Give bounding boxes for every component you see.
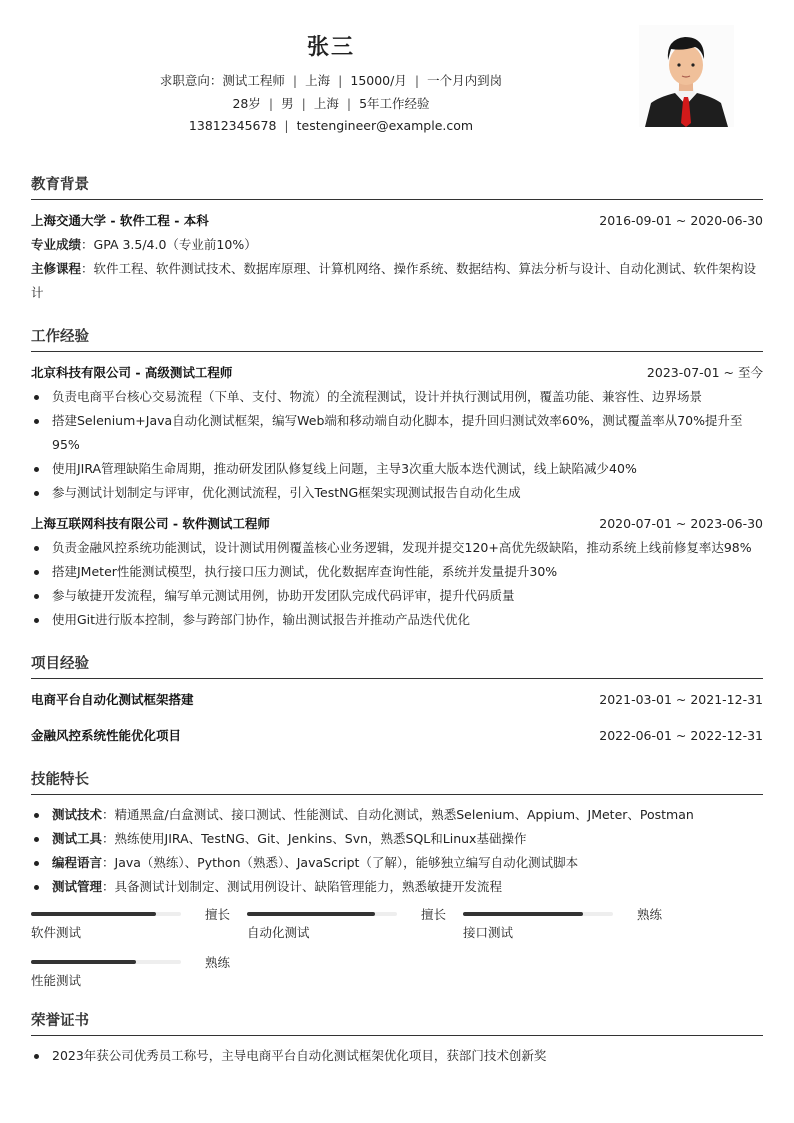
school-degree: 上海交通大学 - 软件工程 - 本科 — [31, 208, 209, 233]
skill-text: ：具备测试计划制定、测试用例设计、缺陷管理能力，熟悉敏捷开发流程 — [102, 879, 502, 894]
section-title: 项目经验 — [31, 652, 763, 679]
section-title: 技能特长 — [31, 768, 763, 795]
skill-bar-item: 擅长 自动化测试 — [247, 905, 463, 943]
separator: | — [347, 96, 351, 111]
skill-level: 擅长 — [205, 905, 230, 923]
list-item: 搭建JMeter性能测试模型，执行接口压力测试，优化数据库查询性能，系统并发量提… — [31, 560, 763, 584]
personal-info-line: 28岁|男|上海|5年工作经验 — [31, 94, 631, 112]
skill-name: 接口测试 — [463, 923, 679, 943]
skill-name: 性能测试 — [31, 971, 247, 991]
list-item: 搭建Selenium+Java自动化测试框架，编写Web端和移动端自动化脚本，提… — [31, 409, 763, 457]
skill-text: ：熟练使用JIRA、TestNG、Git、Jenkins、Svn，熟悉SQL和L… — [102, 831, 526, 846]
skill-progress-bar — [31, 960, 181, 964]
separator: | — [415, 73, 419, 88]
list-item: 测试管理：具备测试计划制定、测试用例设计、缺陷管理能力，熟悉敏捷开发流程 — [31, 875, 763, 899]
contact-line: 13812345678|testengineer@example.com — [31, 118, 631, 133]
courses-value: ：软件工程、软件测试技术、数据库原理、计算机网络、操作系统、数据结构、算法分析与… — [31, 261, 756, 300]
intended-city: 上海 — [305, 73, 330, 88]
separator: | — [338, 73, 342, 88]
education-row: 上海交通大学 - 软件工程 - 本科 2016-09-01 ~ 2020-06-… — [31, 208, 763, 233]
job-date: 2020-07-01 ~ 2023-06-30 — [599, 511, 763, 536]
job-date: 2023-07-01 ~ 至今 — [647, 360, 763, 385]
list-item: 参与测试计划制定与评审，优化测试流程，引入TestNG框架实现测试报告自动化生成 — [31, 481, 763, 505]
gpa-value: ：GPA 3.5/4.0（专业前10%） — [81, 237, 257, 252]
project-row: 电商平台自动化测试框架搭建 2021-03-01 ~ 2021-12-31 — [31, 687, 763, 712]
resume-page: 张三 求职意向：测试工程师|上海|15000/月|一个月内到岗 28岁|男|上海… — [31, 0, 763, 1068]
skills-section: 技能特长 测试技术：精通黑盒/白盒测试、接口测试、性能测试、自动化测试，熟悉Se… — [31, 768, 763, 1001]
skill-bar-item: 熟练 性能测试 — [31, 953, 247, 991]
job-bullets: 负责电商平台核心交易流程（下单、支付、物流）的全流程测试，设计并执行测试用例，覆… — [31, 385, 763, 505]
job-company-title: 北京科技有限公司 - 高级测试工程师 — [31, 360, 232, 385]
email: testengineer@example.com — [297, 118, 473, 133]
project-name: 电商平台自动化测试框架搭建 — [31, 687, 194, 712]
courses-label: 主修课程 — [31, 261, 81, 276]
skill-progress-bar — [247, 912, 397, 916]
list-item: 参与敏捷开发流程，编写单元测试用例，协助开发团队完成代码评审，提升代码质量 — [31, 584, 763, 608]
section-title: 工作经验 — [31, 325, 763, 352]
list-item: 负责金融风控系统功能测试，设计测试用例覆盖核心业务逻辑，发现并提交120+高优先… — [31, 536, 763, 560]
skill-level: 熟练 — [637, 905, 662, 923]
skill-label: 测试技术 — [52, 807, 102, 822]
resume-header: 张三 求职意向：测试工程师|上海|15000/月|一个月内到岗 28岁|男|上海… — [31, 0, 763, 150]
list-item: 负责电商平台核心交易流程（下单、支付、物流）的全流程测试，设计并执行测试用例，覆… — [31, 385, 763, 409]
project-date: 2021-03-01 ~ 2021-12-31 — [599, 687, 763, 712]
education-section: 教育背景 上海交通大学 - 软件工程 - 本科 2016-09-01 ~ 202… — [31, 173, 763, 305]
job-intention: 求职意向：测试工程师 — [160, 73, 285, 88]
skill-level: 擅长 — [421, 905, 446, 923]
separator: | — [269, 96, 273, 111]
skill-bar-item: 熟练 接口测试 — [463, 905, 679, 943]
skills-list: 测试技术：精通黑盒/白盒测试、接口测试、性能测试、自动化测试，熟悉Seleniu… — [31, 803, 763, 899]
list-item: 测试工具：熟练使用JIRA、TestNG、Git、Jenkins、Svn，熟悉S… — [31, 827, 763, 851]
list-item: 编程语言：Java（熟练）、Python（熟悉）、JavaScript（了解），… — [31, 851, 763, 875]
skill-text: ：Java（熟练）、Python（熟悉）、JavaScript（了解），能够独立… — [102, 855, 578, 870]
skill-label: 编程语言 — [52, 855, 102, 870]
education-date: 2016-09-01 ~ 2020-06-30 — [599, 208, 763, 233]
skill-level: 熟练 — [205, 953, 230, 971]
separator: | — [293, 73, 297, 88]
job-row: 北京科技有限公司 - 高级测试工程师 2023-07-01 ~ 至今 — [31, 360, 763, 385]
expected-salary: 15000/月 — [350, 73, 406, 88]
skill-bar-item: 擅长 软件测试 — [31, 905, 247, 943]
candidate-name: 张三 — [31, 30, 631, 61]
separator: | — [302, 96, 306, 111]
project-row: 金融风控系统性能优化项目 2022-06-01 ~ 2022-12-31 — [31, 723, 763, 748]
skill-name: 软件测试 — [31, 923, 247, 943]
list-item: 使用Git进行版本控制，参与跨部门协作，输出测试报告并推动产品迭代优化 — [31, 608, 763, 632]
job-company-title: 上海互联网科技有限公司 - 软件测试工程师 — [31, 511, 270, 536]
job-bullets: 负责金融风控系统功能测试，设计测试用例覆盖核心业务逻辑，发现并提交120+高优先… — [31, 536, 763, 632]
experience-years: 5年工作经验 — [359, 96, 429, 111]
skill-label: 测试工具 — [52, 831, 102, 846]
skill-progress-bar — [31, 912, 181, 916]
section-title: 教育背景 — [31, 173, 763, 200]
project-date: 2022-06-01 ~ 2022-12-31 — [599, 723, 763, 748]
skill-progress-bar — [463, 912, 613, 916]
separator: | — [284, 118, 288, 133]
avatar-illustration-icon — [639, 25, 734, 127]
list-item: 使用JIRA管理缺陷生命周期，推动研发团队修复线上问题，主导3次重大版本迭代测试… — [31, 457, 763, 481]
gpa-line: 专业成绩：GPA 3.5/4.0（专业前10%） — [31, 233, 763, 257]
skill-label: 测试管理 — [52, 879, 102, 894]
gpa-label: 专业成绩 — [31, 237, 81, 252]
phone: 13812345678 — [189, 118, 276, 133]
project-name: 金融风控系统性能优化项目 — [31, 723, 181, 748]
avatar-photo — [639, 25, 734, 127]
job-intention-line: 求职意向：测试工程师|上海|15000/月|一个月内到岗 — [31, 71, 631, 89]
skill-text: ：精通黑盒/白盒测试、接口测试、性能测试、自动化测试，熟悉Selenium、Ap… — [102, 807, 694, 822]
list-item: 测试技术：精通黑盒/白盒测试、接口测试、性能测试、自动化测试，熟悉Seleniu… — [31, 803, 763, 827]
skill-bars: 擅长 软件测试 擅长 自动化测试 熟练 接口测试 熟练 性能测试 — [31, 905, 763, 1001]
projects-section: 项目经验 电商平台自动化测试框架搭建 2021-03-01 ~ 2021-12-… — [31, 652, 763, 748]
city: 上海 — [314, 96, 339, 111]
job-row: 上海互联网科技有限公司 - 软件测试工程师 2020-07-01 ~ 2023-… — [31, 511, 763, 536]
list-item: 2023年获公司优秀员工称号，主导电商平台自动化测试框架优化项目，获部门技术创新… — [31, 1044, 763, 1068]
gender: 男 — [281, 96, 294, 111]
age: 28岁 — [232, 96, 260, 111]
honors-section: 荣誉证书 2023年获公司优秀员工称号，主导电商平台自动化测试框架优化项目，获部… — [31, 1009, 763, 1068]
skill-name: 自动化测试 — [247, 923, 463, 943]
honors-list: 2023年获公司优秀员工称号，主导电商平台自动化测试框架优化项目，获部门技术创新… — [31, 1044, 763, 1068]
courses-line: 主修课程：软件工程、软件测试技术、数据库原理、计算机网络、操作系统、数据结构、算… — [31, 257, 763, 305]
section-title: 荣誉证书 — [31, 1009, 763, 1036]
work-section: 工作经验 北京科技有限公司 - 高级测试工程师 2023-07-01 ~ 至今 … — [31, 325, 763, 632]
availability: 一个月内到岗 — [427, 73, 502, 88]
